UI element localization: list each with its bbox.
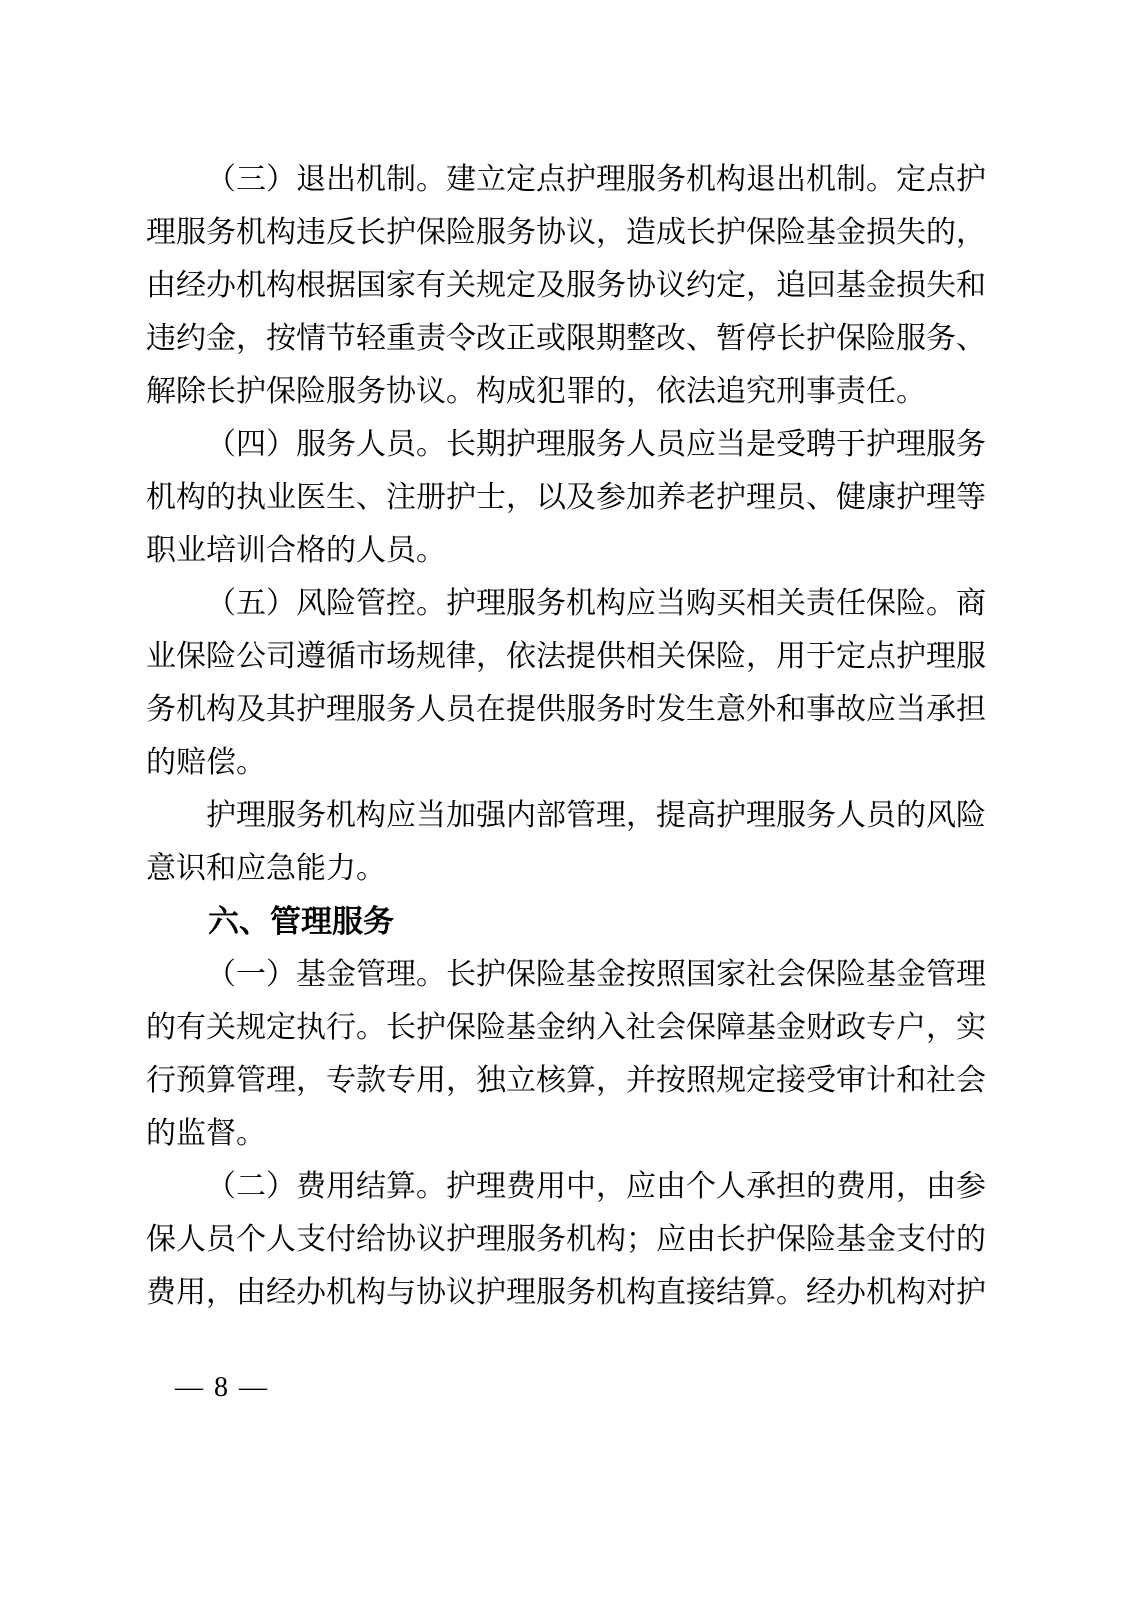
paragraph-service-personnel: （四）服务人员。长期护理服务人员应当是受聘于护理服务机构的执业医生、注册护士，以… xyxy=(146,418,986,577)
document-page: （三）退出机制。建立定点护理服务机构退出机制。定点护理服务机构违反长护保险服务协… xyxy=(0,0,1131,1600)
paragraph-internal-management: 护理服务机构应当加强内部管理，提高护理服务人员的风险意识和应急能力。 xyxy=(146,789,986,895)
page-number: — 8 — xyxy=(175,1368,269,1408)
paragraph-fee-settlement: （二）费用结算。护理费用中，应由个人承担的费用，由参保人员个人支付给协议护理服务… xyxy=(146,1160,986,1319)
paragraph-fund-management: （一）基金管理。长护保险基金按照国家社会保险基金管理的有关规定执行。长护保险基金… xyxy=(146,948,986,1160)
paragraph-exit-mechanism: （三）退出机制。建立定点护理服务机构退出机制。定点护理服务机构违反长护保险服务协… xyxy=(146,153,986,418)
paragraph-risk-control: （五）风险管控。护理服务机构应当购买相关责任保险。商业保险公司遵循市场规律，依法… xyxy=(146,577,986,789)
section-heading-management-services: 六、管理服务 xyxy=(146,895,986,948)
document-body: （三）退出机制。建立定点护理服务机构退出机制。定点护理服务机构违反长护保险服务协… xyxy=(146,153,986,1319)
